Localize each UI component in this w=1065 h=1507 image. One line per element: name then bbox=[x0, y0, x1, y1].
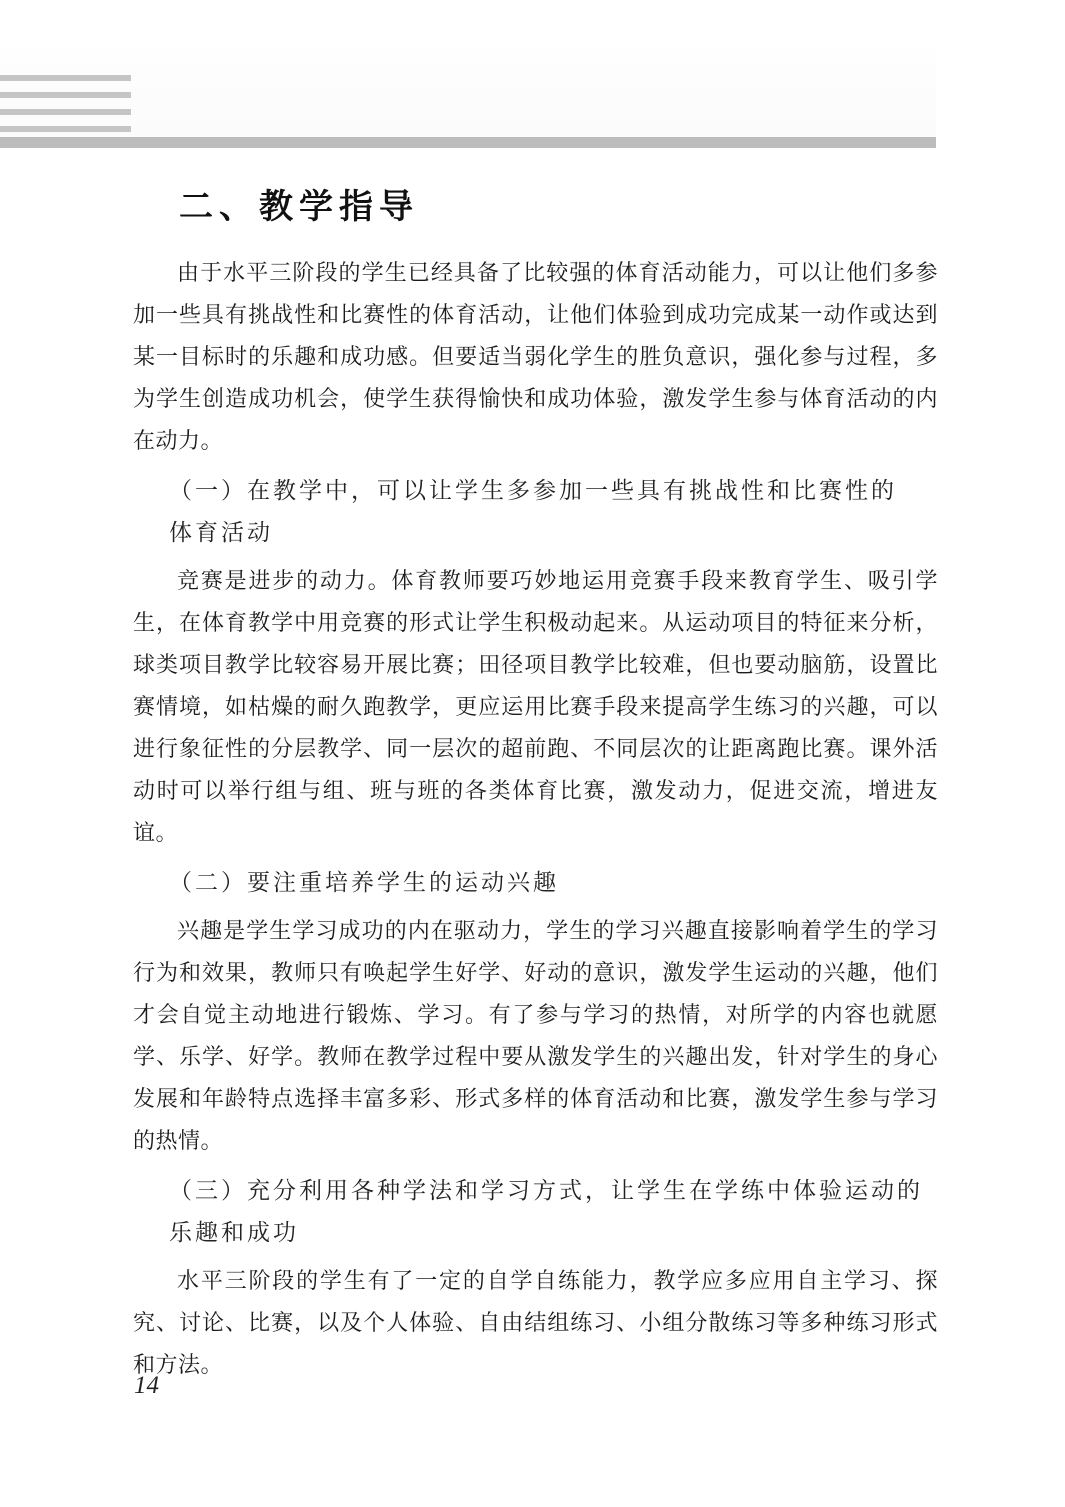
page-title: 二、教学指导 bbox=[179, 188, 938, 228]
stripe-decoration bbox=[0, 126, 131, 132]
stripe-decoration bbox=[0, 92, 131, 98]
header-light-band bbox=[0, 48, 936, 137]
document-page: 二、教学指导 由于水平三阶段的学生已经具备了比较强的体育活动能力，可以让他们多参… bbox=[0, 0, 1065, 1507]
top-stripes-decoration bbox=[0, 75, 131, 143]
paragraph-interest: 兴趣是学生学习成功的内在驱动力，学生的学习兴趣直接影响着学生的学习行为和效果，教… bbox=[133, 910, 938, 1162]
page-content: 二、教学指导 由于水平三阶段的学生已经具备了比较强的体育活动能力，可以让他们多参… bbox=[133, 188, 938, 1386]
stripe-decoration bbox=[0, 75, 131, 81]
paragraph-intro: 由于水平三阶段的学生已经具备了比较强的体育活动能力，可以让他们多参加一些具有挑战… bbox=[133, 252, 938, 462]
header-bar-decoration bbox=[0, 137, 936, 148]
subheading-1: （一）在教学中，可以让学生多参加一些具有挑战性和比赛性的 体育活动 bbox=[133, 470, 938, 554]
stripe-decoration bbox=[0, 109, 131, 115]
paragraph-methods: 水平三阶段的学生有了一定的自学自练能力，教学应多应用自主学习、探究、讨论、比赛，… bbox=[133, 1260, 938, 1386]
subheading-3: （三）充分利用各种学法和学习方式，让学生在学练中体验运动的 乐趣和成功 bbox=[133, 1170, 938, 1254]
paragraph-competition: 竞赛是进步的动力。体育教师要巧妙地运用竞赛手段来教育学生、吸引学生，在体育教学中… bbox=[133, 560, 938, 854]
page-number: 14 bbox=[134, 1372, 159, 1400]
subheading-2: （二）要注重培养学生的运动兴趣 bbox=[133, 862, 938, 904]
